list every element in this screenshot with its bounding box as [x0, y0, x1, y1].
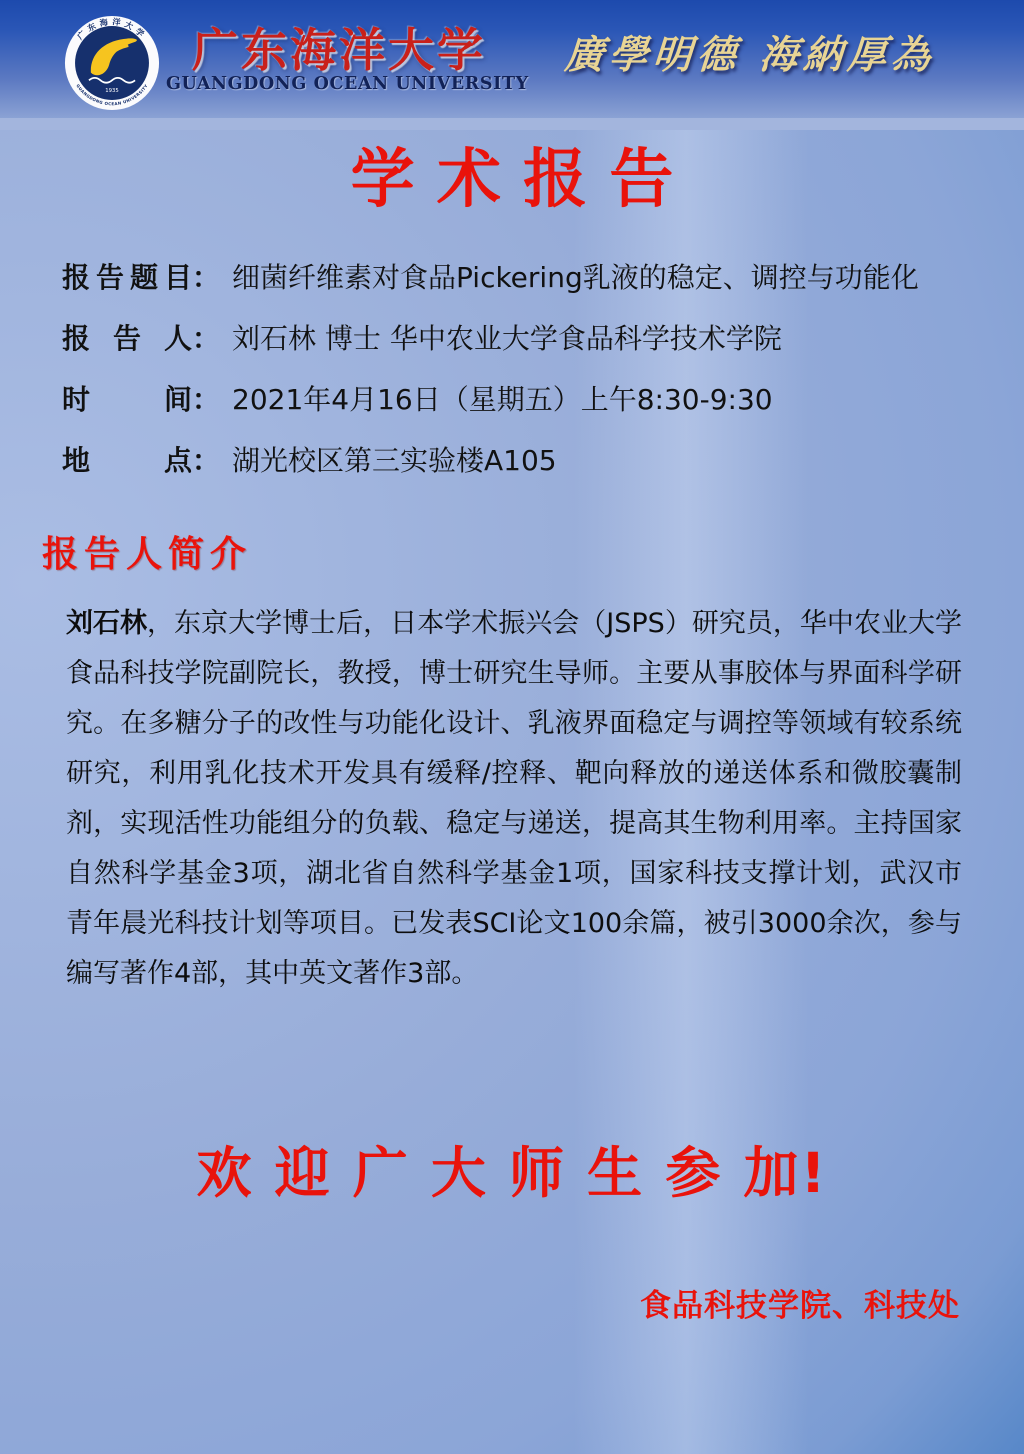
info-label-location: 地点	[62, 441, 192, 480]
speaker-bio: 刘石林，东京大学博士后，日本学术振兴会（JSPS）研究员，华中农业大学食品科技学…	[66, 599, 962, 999]
organizer-signature: 食品科技学院、科技处	[0, 1280, 960, 1325]
info-row-speaker: 报告人 ： 刘石林 博士 华中农业大学食品科学技术学院	[62, 319, 968, 358]
university-logo-icon: 广东海洋大学 GUANGDONG OCEAN UNIVERSITY 1935	[64, 15, 160, 111]
info-row-topic: 报告题目 ： 细菌纤维素对食品Pickering乳液的稳定、调控与功能化	[62, 258, 968, 297]
header-divider	[0, 118, 1024, 130]
info-row-location: 地点 ： 湖光校区第三实验楼A105	[62, 441, 968, 480]
info-separator: ：	[192, 441, 220, 480]
info-value-time: 2021年4月16日（星期五）上午8:30-9:30	[232, 380, 968, 419]
bio-heading: 报告人简介	[42, 526, 1024, 577]
university-name-en: GUANGDONG OCEAN UNIVERSITY	[166, 74, 529, 94]
info-label-topic: 报告题目	[62, 258, 192, 297]
speaker-name: 刘石林	[66, 608, 147, 639]
info-value-location: 湖光校区第三实验楼A105	[232, 441, 968, 480]
info-separator: ：	[192, 319, 220, 358]
university-name-cn: 广东海洋大学	[192, 14, 486, 80]
lecture-info: 报告题目 ： 细菌纤维素对食品Pickering乳液的稳定、调控与功能化 报告人…	[62, 258, 968, 481]
header-banner: 广东海洋大学 GUANGDONG OCEAN UNIVERSITY 1935 广…	[0, 0, 1024, 118]
info-label-speaker: 报告人	[62, 319, 192, 358]
poster-title: 学 术 报 告	[0, 144, 1024, 218]
info-separator: ：	[192, 380, 220, 419]
logo-founding-year: 1935	[105, 88, 118, 94]
lecture-poster: 广东海洋大学 GUANGDONG OCEAN UNIVERSITY 1935 广…	[0, 0, 1024, 1454]
info-value-topic: 细菌纤维素对食品Pickering乳液的稳定、调控与功能化	[232, 258, 968, 297]
welcome-message: 欢 迎 广 大 师 生 参 加!	[0, 1129, 1024, 1208]
info-separator: ：	[192, 258, 220, 297]
info-label-time: 时间	[62, 380, 192, 419]
info-value-speaker: 刘石林 博士 华中农业大学食品科学技术学院	[232, 319, 968, 358]
university-motto: 廣學明德 海納厚為	[563, 24, 937, 80]
bio-text: ，东京大学博士后，日本学术振兴会（JSPS）研究员，华中农业大学食品科技学院副院…	[66, 608, 962, 989]
poster-body: 学 术 报 告 报告题目 ： 细菌纤维素对食品Pickering乳液的稳定、调控…	[0, 144, 1024, 1325]
info-row-time: 时间 ： 2021年4月16日（星期五）上午8:30-9:30	[62, 380, 968, 419]
